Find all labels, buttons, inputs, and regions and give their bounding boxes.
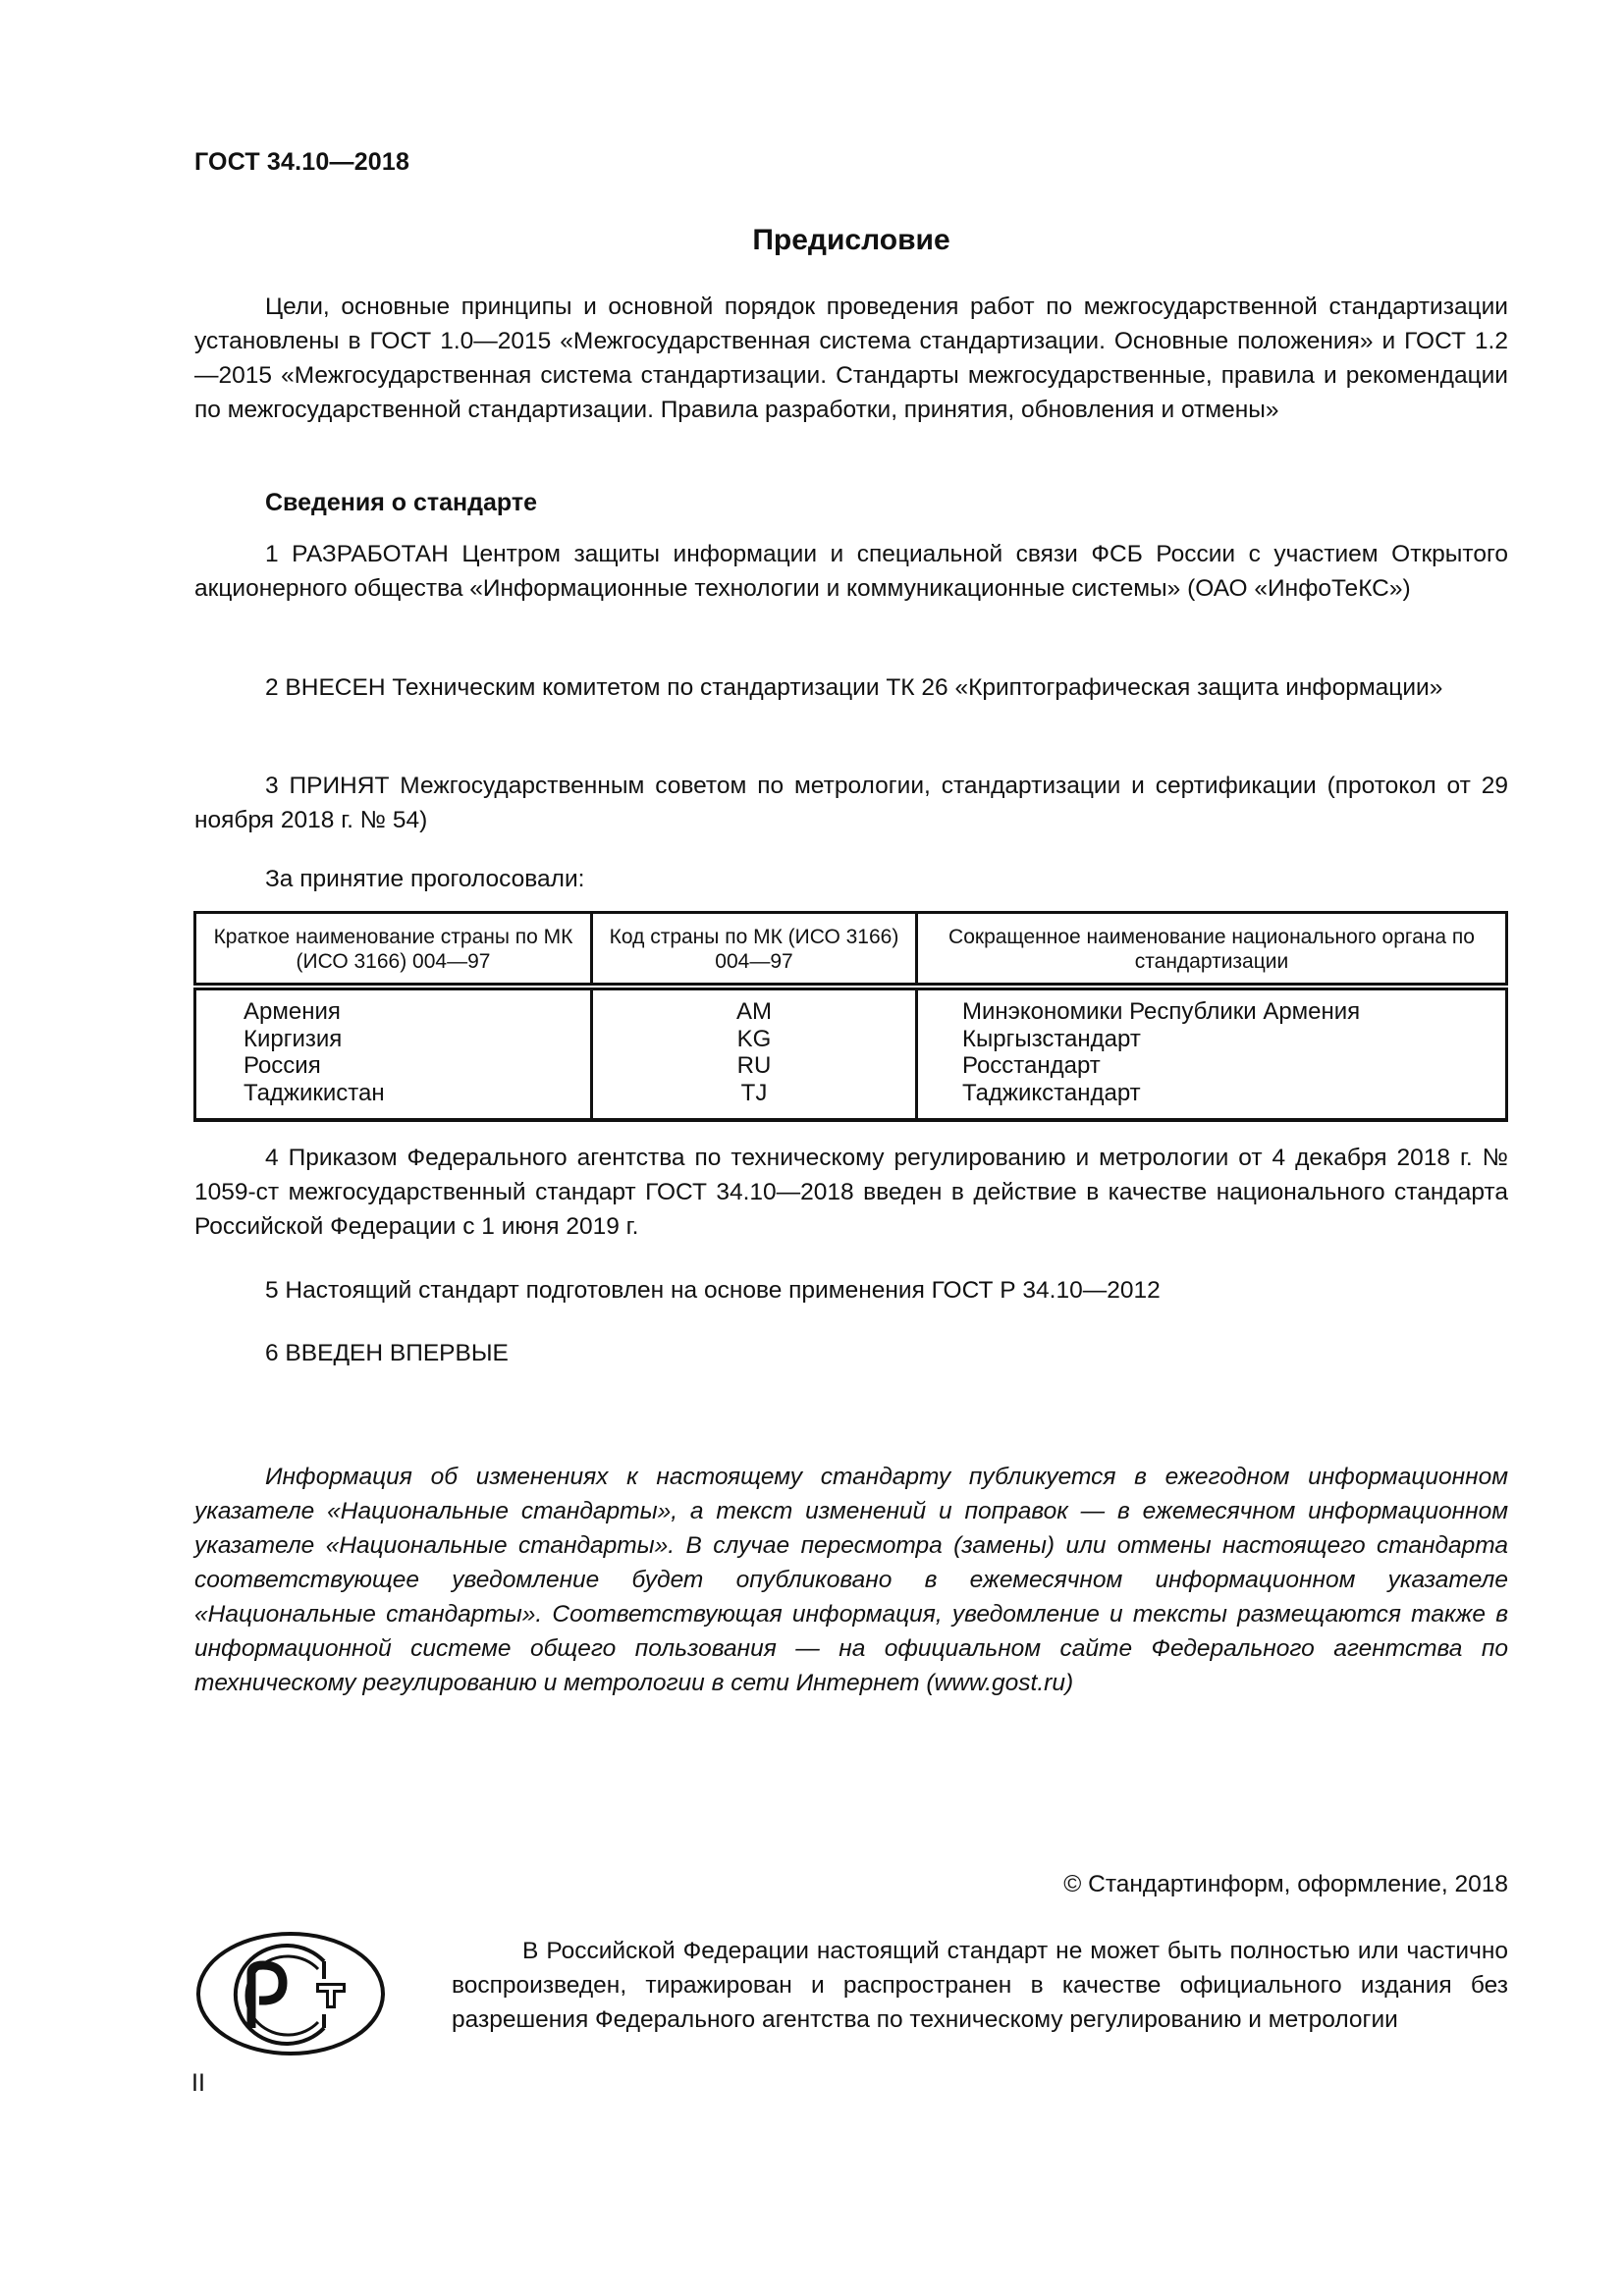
standards-body-cell: Минэкономики Республики Армения — [962, 998, 1505, 1026]
document-id-header: ГОСТ 34.10—2018 — [194, 148, 409, 177]
changes-info-paragraph: Информация об изменениях к настоящему ст… — [194, 1460, 1508, 1700]
standards-body-column: Минэкономики Республики Армения Кыргызст… — [917, 987, 1507, 1120]
code-column: AM KG RU TJ — [592, 987, 917, 1120]
country-cell: Россия — [244, 1052, 590, 1080]
code-cell: TJ — [593, 1080, 915, 1107]
info-item-text: 1 РАЗРАБОТАН Центром защиты информации и… — [194, 537, 1508, 606]
info-item-5: 5 Настоящий стандарт подготовлен на осно… — [194, 1273, 1508, 1308]
header-code: Код страны по МК (ИСО 3166) 004—97 — [592, 913, 917, 988]
voted-label: За принятие проголосовали: — [265, 866, 584, 893]
info-item-text: 6 ВВЕДЕН ВПЕРВЫЕ — [194, 1336, 1508, 1370]
info-item-text: 2 ВНЕСЕН Техническим комитетом по станда… — [194, 670, 1508, 705]
legal-notice-text: В Российской Федерации настоящий стандар… — [452, 1934, 1508, 2037]
info-item-6: 6 ВВЕДЕН ВПЕРВЫЕ — [194, 1336, 1508, 1370]
page-number: II — [191, 2069, 205, 2098]
code-cell: AM — [593, 998, 915, 1026]
changes-info-text: Информация об изменениях к настоящему ст… — [194, 1460, 1508, 1700]
intro-paragraph: Цели, основные принципы и основной поряд… — [194, 290, 1508, 427]
rst-logo-icon — [194, 1930, 391, 2057]
standards-body-cell: Кыргызстандарт — [962, 1026, 1505, 1053]
document-page: ГОСТ 34.10—2018 Предисловие Цели, основн… — [0, 0, 1624, 2296]
code-cell: RU — [593, 1052, 915, 1080]
country-column: Армения Киргизия Россия Таджикистан — [195, 987, 592, 1120]
country-cell: Таджикистан — [244, 1080, 590, 1107]
code-cell: KG — [593, 1026, 915, 1053]
info-item-4: 4 Приказом Федерального агентства по тех… — [194, 1141, 1508, 1244]
standards-body-cell: Росстандарт — [962, 1052, 1505, 1080]
info-item-text: 5 Настоящий стандарт подготовлен на осно… — [194, 1273, 1508, 1308]
table-row: Армения Киргизия Россия Таджикистан AM K… — [195, 987, 1507, 1120]
country-cell: Киргизия — [244, 1026, 590, 1053]
info-item-text: 3 ПРИНЯТ Межгосударственным советом по м… — [194, 769, 1508, 837]
intro-text: Цели, основные принципы и основной поряд… — [194, 290, 1508, 427]
table-header-row: Краткое наименование страны по МК (ИСО 3… — [195, 913, 1507, 988]
page-title: Предисловие — [194, 224, 1508, 257]
country-cell: Армения — [244, 998, 590, 1026]
standards-body-cell: Таджикстандарт — [962, 1080, 1505, 1107]
section-heading: Сведения о стандарте — [265, 489, 537, 517]
info-item-text: 4 Приказом Федерального агентства по тех… — [194, 1141, 1508, 1244]
header-standards-body: Сокращенное наименование национального о… — [917, 913, 1507, 988]
info-item-2: 2 ВНЕСЕН Техническим комитетом по станда… — [194, 670, 1508, 705]
copyright-notice: © Стандартинформ, оформление, 2018 — [1063, 1871, 1508, 1898]
info-item-1: 1 РАЗРАБОТАН Центром защиты информации и… — [194, 537, 1508, 606]
info-item-3: 3 ПРИНЯТ Межгосударственным советом по м… — [194, 769, 1508, 837]
header-country: Краткое наименование страны по МК (ИСО 3… — [195, 913, 592, 988]
legal-notice: В Российской Федерации настоящий стандар… — [452, 1934, 1508, 2037]
vote-table: Краткое наименование страны по МК (ИСО 3… — [193, 911, 1508, 1122]
